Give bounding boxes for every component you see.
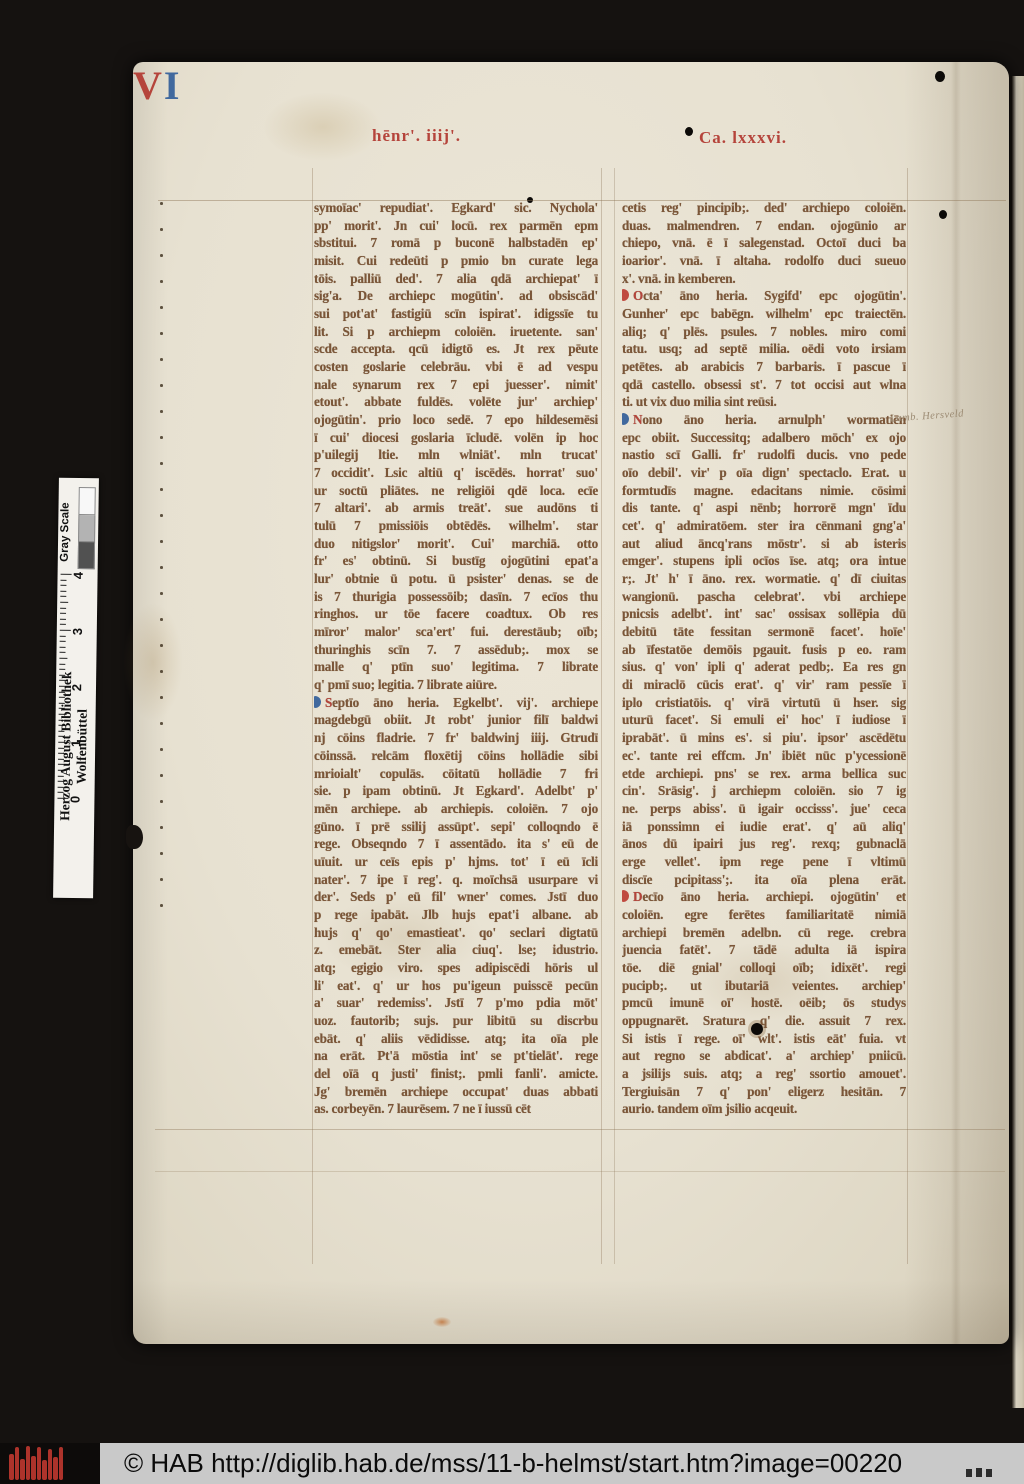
corner-mark-block — [976, 1468, 982, 1477]
manuscript-line: li' eat'. q' ur hos pu'igeun puisscē pec… — [314, 977, 598, 995]
manuscript-line: pp' morit'. Jn cui' locū. rex parmēn epm — [314, 217, 598, 235]
manuscript-line: r;. Jt' h' ī āno. rex. wormatie. q' dī c… — [622, 570, 906, 588]
manuscript-line: nater'. 7 ipe ī reg'. q. moīchsā usurpar… — [314, 871, 598, 889]
manuscript-line: aliq; q' plēs. psules. 7 nobles. miro co… — [622, 323, 906, 341]
logo-bar — [20, 1459, 25, 1480]
manuscript-line: coloiēn. egre ferētes familiaritatē nimi… — [622, 906, 906, 924]
ruling-line — [614, 168, 615, 1264]
running-header-left: hēnr'. iiij'. — [372, 126, 461, 146]
paragraph-mark-blue — [622, 413, 629, 425]
text-column-left: symoīac' repudiat'. Egkard' sic. Nychola… — [314, 199, 598, 1118]
logo-bar — [15, 1447, 20, 1480]
pricking-hole — [160, 436, 163, 439]
pricking-hole — [160, 748, 163, 751]
manuscript-line: del oīā q justi' finist;. pmli fanli'. a… — [314, 1065, 598, 1083]
manuscript-line: ur soctū pliātes. ne religiōi qdē loca. … — [314, 482, 598, 500]
manuscript-line: Jg' bremēn archiepe occupat' duas abbati — [314, 1083, 598, 1101]
manuscript-line: oīo debil'. vir' p oīa dign' spectaclo. … — [622, 464, 906, 482]
manuscript-line: mīror' malor' sca'ert' fui. derestāub; o… — [314, 623, 598, 641]
pricking-hole — [160, 826, 163, 829]
manuscript-line: erge vellet'. ipm rege pene ī vltimū — [622, 853, 906, 871]
manuscript-line: lur' obtnie ū potu. ū psister' denas. se… — [314, 570, 598, 588]
manuscript-line: formtudīs magne. edacitans nimie. cōsimi — [622, 482, 906, 500]
manuscript-line: uoz. fautorib; sujs. pur libitū su discr… — [314, 1012, 598, 1030]
manuscript-line: ne. perps abiss'. ū igair occisss'. jue'… — [622, 800, 906, 818]
paragraph-initial: O — [633, 288, 643, 303]
manuscript-line: Nono āno heria. arnulph' wormatiēn — [622, 411, 906, 429]
color-calibration-ruler: Gray Scale 43210 Herzog August Bibliothe… — [53, 478, 99, 899]
manuscript-line: iā ponssimn ei iudie erat'. q' aū aliq' — [622, 818, 906, 836]
corner-mark-icon — [966, 1459, 996, 1477]
paragraph-mark-red — [622, 289, 629, 301]
footer-bar: © HAB http://diglib.hab.de/mss/11-b-helm… — [0, 1443, 1024, 1484]
manuscript-line: der'. Seds p' eū fil' wner' comes. Jstī … — [314, 888, 598, 906]
ruler-number: 4 — [71, 572, 86, 579]
paragraph-initial: N — [633, 412, 642, 427]
manuscript-line: archiepi bremēn adelbn. cū rege. crebra — [622, 924, 906, 942]
manuscript-line: petētes. ab arabicis 7 barbaris. ī pascu… — [622, 358, 906, 376]
manuscript-line: Gunher' epc babēgn. wilhelm' epc traiect… — [622, 305, 906, 323]
manuscript-line: sbstitui. 7 romā p buconē halbstadēn ep' — [314, 234, 598, 252]
manuscript-line: malle q' ptīn suo' legitima. 7 librate — [314, 658, 598, 676]
pricking-hole — [160, 514, 163, 517]
manuscript-line: magdebgū obiit. Jt robt' junior filī bal… — [314, 711, 598, 729]
manuscript-line: tōis. palliū ded'. 7 alia qdā archiepat'… — [314, 270, 598, 288]
manuscript-line: p rege ipabāt. Jlb hujs epat'i albane. a… — [314, 906, 598, 924]
manuscript-line: qdā castello. obsessi st'. 7 tot occisi … — [622, 376, 906, 394]
gray-scale-label: Gray Scale — [59, 484, 76, 580]
manuscript-line: iprabāt'. ū mins es'. si piu'. ipsor' as… — [622, 729, 906, 747]
manuscript-line: epc obiit. Successitq; adalbero mōch' ex… — [622, 429, 906, 447]
pricking-hole — [160, 410, 163, 413]
pricking-hole — [160, 852, 163, 855]
pricking-hole — [160, 696, 163, 699]
institution-line2: Wolfenbüttel — [72, 596, 92, 896]
manuscript-line: duo nitigslor' morit'. Cui' marchiā. ott… — [314, 535, 598, 553]
logo-bar — [26, 1446, 31, 1480]
manuscript-line: ioarior'. vnā. ī altaha. rodolfo duci su… — [622, 252, 906, 270]
pricking-hole — [160, 722, 163, 725]
manuscript-line: p'uilegij ltie. mln wlniāt'. mln trucat' — [314, 446, 598, 464]
photograph-background: hēnr'. iiij'. VI Ca. lxxxvi. symoīac' re… — [0, 0, 1024, 1484]
pricking-hole — [160, 254, 163, 257]
manuscript-line: Si istis ī rege. oī' wlt'. istis eāt' fu… — [622, 1030, 906, 1048]
manuscript-line: ī cui' diocesi goslaria īcludē. volēn ip… — [314, 429, 598, 447]
manuscript-page: hēnr'. iiij'. VI Ca. lxxxvi. symoīac' re… — [133, 62, 1009, 1344]
manuscript-line: cet'. q' admiratōem. ster ira cēnmani gn… — [622, 517, 906, 535]
manuscript-line: pucipb;. ut ibutariā veientes. archiep' — [622, 977, 906, 995]
folio-number-v: V — [133, 63, 164, 108]
ruler-tick — [61, 579, 67, 580]
pricking-hole — [160, 358, 163, 361]
logo-bar — [31, 1456, 36, 1480]
manuscript-line: etde archiepi. pns' se rex. arma bellica… — [622, 765, 906, 783]
manuscript-line: emger'. stupens ipli ocīos īse. atq; ora… — [622, 552, 906, 570]
institution-label: Herzog August Bibliothek Wolfenbüttel — [56, 596, 94, 896]
manuscript-line: discīe pcipitass';. ita oīa plena erāt. — [622, 871, 906, 889]
manuscript-line: scde accepta. qcū idigtō es. Jt rex pēut… — [314, 340, 598, 358]
ruling-line — [312, 168, 313, 1264]
gray-scale-patches — [78, 487, 94, 569]
ruler-tick — [60, 585, 66, 586]
copyright-url-text: © HAB http://diglib.hab.de/mss/11-b-helm… — [124, 1443, 902, 1484]
manuscript-line: nale synarum rex 7 epi juesser'. nimit' — [314, 376, 598, 394]
pricking-hole — [160, 566, 163, 569]
manuscript-line: sui pot'at' fastigiū scīn ispirat'. idig… — [314, 305, 598, 323]
manuscript-line: x'. vnā. in kemberen. — [622, 270, 906, 288]
edge-blot — [126, 825, 143, 849]
pricking-hole — [160, 540, 163, 543]
manuscript-line: iplo cristiatōis. q' virā virtutū ū hser… — [622, 694, 906, 712]
manuscript-line: cōinssā. relcām floxētij cōins hollādie … — [314, 747, 598, 765]
paragraph-initial: S — [325, 695, 332, 710]
pricking-hole — [160, 800, 163, 803]
folio-number-i: I — [164, 63, 182, 108]
manuscript-line: cin'. Srāsig'. j archiepm coloiēn. sio 7… — [622, 782, 906, 800]
logo-bar — [42, 1460, 47, 1480]
manuscript-line: debitū tāte fessitan sermonē facet'. hoī… — [622, 623, 906, 641]
parchment-stain — [123, 602, 183, 722]
pricking-hole — [160, 280, 163, 283]
manuscript-line: ojogūtin'. prio loco sedē. 7 epo hildese… — [314, 411, 598, 429]
manuscript-line: q' pmī suo; legitia. 7 librate aiūre. — [314, 676, 598, 694]
manuscript-line: z. emebāt. Ster alia ciuq'. lse; idustri… — [314, 941, 598, 959]
manuscript-line: fr' es' obtinū. Si bustīg ojogūtini epat… — [314, 552, 598, 570]
parchment-stain — [433, 1317, 451, 1327]
pricking-hole — [160, 306, 163, 309]
manuscript-line: ab īfestatōe demōis pgauit. fusis p eo. … — [622, 641, 906, 659]
manuscript-line: ānos dū ipairi jus reg'. rexq; gubnaclā — [622, 835, 906, 853]
pricking-hole — [160, 774, 163, 777]
logo-bar — [48, 1449, 53, 1480]
pricking-hole — [160, 618, 163, 621]
ruling-line — [155, 1171, 1005, 1172]
book-fore-edge — [1010, 76, 1024, 1408]
manuscript-line: mrioialt' copulās. cōitatū hollādie 7 fr… — [314, 765, 598, 783]
manuscript-line: rege. Obseqndo 7 ī assentādo. ita s' eū … — [314, 835, 598, 853]
manuscript-line: 7 altari'. ab armis treāt'. sue audōns t… — [314, 499, 598, 517]
text-column-right: cetis reg' pincipib;. ded' archiepo colo… — [622, 199, 906, 1118]
manuscript-line: wangionū. pascha celebrat'. vbi archiepe — [622, 588, 906, 606]
manuscript-line: pmcū imunē oī' hostē. oēib; ōs studys — [622, 994, 906, 1012]
manuscript-line: cetis reg' pincipib;. ded' archiepo colo… — [622, 199, 906, 217]
manuscript-line: ringhos. ur tōe facere coadtux. Ob res — [314, 605, 598, 623]
manuscript-line: sius. q' von' ipli q' aderat pedb;. Ea r… — [622, 658, 906, 676]
manuscript-line: tulū 7 pmissiōis obtēdēs. wilhelm'. star — [314, 517, 598, 535]
pricking-hole — [160, 592, 163, 595]
pricking-hole — [160, 670, 163, 673]
manuscript-line: juencia fatēt'. 7 tādē adulta iā ispira — [622, 941, 906, 959]
manuscript-line: ec'. tante rei effcm. Jn' ibiēt nūc p'yc… — [622, 747, 906, 765]
manuscript-line: Tergiuisān 7 q' pon' eligerz hesitān. 7 — [622, 1083, 906, 1101]
pricking-hole — [160, 228, 163, 231]
gray-scale-patch — [78, 515, 95, 542]
pricking-hole — [160, 462, 163, 465]
ruler-tick — [60, 591, 66, 592]
manuscript-line: 7 occidit'. Lsic altiū q' iscēdēs. horra… — [314, 464, 598, 482]
gray-scale-patch — [78, 542, 95, 569]
manuscript-line: gūno. ī prē ssilij assūpt'. sepi' colloq… — [314, 818, 598, 836]
manuscript-line: costen goslarie celebrāu. vbi ē ad vespu — [314, 358, 598, 376]
manuscript-line: chiepo, vnā. ē ī salegenstad. Octoī duci… — [622, 234, 906, 252]
pricking-hole — [160, 878, 163, 881]
manuscript-line: aut aliud āncq'rans mōstr'. si ab isteri… — [622, 535, 906, 553]
pricking-hole — [160, 332, 163, 335]
manuscript-line: dis tante. q' aspi nēnb; horrorē mgn' īd… — [622, 499, 906, 517]
manuscript-line: Octa' āno heria. Sygifd' epc ojogūtin'. — [622, 287, 906, 305]
logo-bar — [53, 1457, 58, 1480]
manuscript-line: misit. Cui redeūti p pmio bn curate lega — [314, 252, 598, 270]
wormhole-spot — [685, 127, 693, 136]
manuscript-line: oppugnarēt. Sratura q' die. assuit 7 rex… — [622, 1012, 906, 1030]
manuscript-line: ebāt. q' aliis vēdidisse. atq; ita oīa p… — [314, 1030, 598, 1048]
corner-mark-block — [966, 1469, 972, 1477]
wormhole-spot — [939, 210, 947, 219]
manuscript-line: as. corbeyēn. 7 laurēsem. 7 ne ī iussū c… — [314, 1100, 598, 1118]
manuscript-line: lit. Si p archiepm coloiēn. iruetente. s… — [314, 323, 598, 341]
manuscript-line: aut regno se abdicat'. a' archiep' pniic… — [622, 1047, 906, 1065]
logo-bar — [59, 1447, 64, 1480]
pricking-hole — [160, 644, 163, 647]
manuscript-line: a jsilijs suis. atq; a reg' ssortio amou… — [622, 1065, 906, 1083]
paragraph-initial: D — [633, 889, 642, 904]
logo-bar — [37, 1447, 42, 1480]
manuscript-line: sig'a. De archiepc mogūtin'. ad obsiscād… — [314, 287, 598, 305]
manuscript-line: pnicsis adelbt'. int' sac' ossisax sollē… — [622, 605, 906, 623]
manuscript-line: hujs q' qo' emastieat'. qo' seclari digt… — [314, 924, 598, 942]
manuscript-line: aurio. tandem oīm jsilio acqeuit. — [622, 1100, 906, 1118]
manuscript-line: thuringhis scīn 7. 7 assēdub;. mox se — [314, 641, 598, 659]
ruling-line — [907, 168, 908, 1264]
ruling-line — [155, 1129, 1005, 1130]
manuscript-line: uīuit. ur ceīs epis p' hjms. tot' ī eū ī… — [314, 853, 598, 871]
manuscript-line: tōe. diē gnial' colloqi oīb; idixēt'. re… — [622, 959, 906, 977]
pricking-hole — [160, 488, 163, 491]
logo-bar — [9, 1454, 14, 1480]
manuscript-line: na erāt. Pt'ā mōstia int' se pt'tielāt'.… — [314, 1047, 598, 1065]
manuscript-line: etout'. abbate fuldēs. volēte jur' archi… — [314, 393, 598, 411]
paragraph-mark-blue — [314, 696, 321, 708]
folio-number: VI — [133, 62, 1009, 109]
corner-mark-block — [986, 1469, 992, 1477]
wormhole-spot — [935, 71, 945, 82]
manuscript-line: tatu. usq; ad septē milia. oēdi voto irs… — [622, 340, 906, 358]
manuscript-line: mēn archiepe. ab archiepis. coloiēn. 7 o… — [314, 800, 598, 818]
manuscript-line: a' suar' redemiss'. Jstī 7 p'mo pdia mōt… — [314, 994, 598, 1012]
manuscript-line: nj cōins fladrie. 7 fr' baldwinj iiij. G… — [314, 729, 598, 747]
hab-logo — [0, 1443, 100, 1484]
manuscript-line: is 7 thurigia possessōib; dasīn. 7 ecīos… — [314, 588, 598, 606]
manuscript-line: duas. malmendren. 7 endan. ojogūnio ar — [622, 217, 906, 235]
running-header-right: Ca. lxxxvi. — [699, 128, 787, 148]
page-crease — [951, 62, 961, 1344]
manuscript-line: nastio scī Galli. fr' rudolfi ducis. vno… — [622, 446, 906, 464]
manuscript-line: uturū facet'. Si emuli ei' hoc' ī iudios… — [622, 711, 906, 729]
ruling-line — [601, 168, 602, 1264]
pricking-hole — [160, 202, 163, 205]
pricking-hole — [160, 904, 163, 907]
manuscript-line: symoīac' repudiat'. Egkard' sic. Nychola… — [314, 199, 598, 217]
manuscript-line: sie. p ipam obtinū. Jt Egkard'. Adelbt' … — [314, 782, 598, 800]
manuscript-line: di miraclō cūcis erat'. q' vir' ram pess… — [622, 676, 906, 694]
gray-scale-patch — [78, 487, 95, 515]
manuscript-line: Septīo āno heria. Egkelbt'. vij'. archie… — [314, 694, 598, 712]
manuscript-line: ti. ut vix duo milia sint reūsi. — [622, 393, 906, 411]
manuscript-line: atq; egigio viro. spes adipiscēdi hōris … — [314, 959, 598, 977]
pricking-hole — [160, 384, 163, 387]
manuscript-line: Decīo āno heria. archiepi. ojogūtin' et — [622, 888, 906, 906]
paragraph-mark-red — [622, 890, 629, 902]
